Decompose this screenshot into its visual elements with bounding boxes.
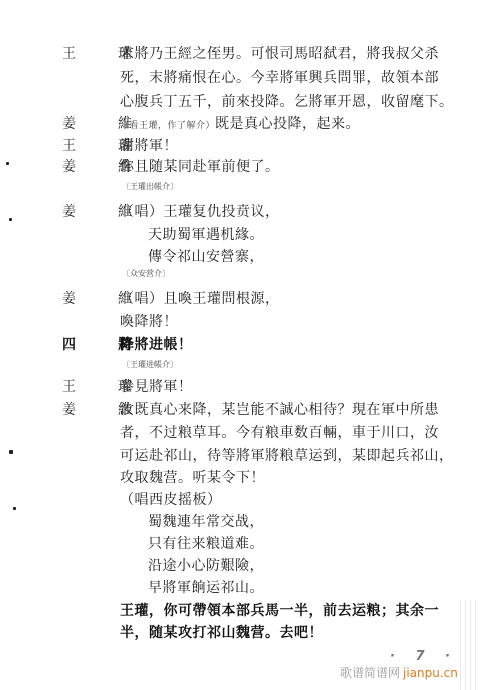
stage-direction: 〔众安营介〕: [0, 268, 480, 290]
dialogue-continuation: 死，末將痛恨在心。今幸將軍興兵問罪，故領本部: [0, 69, 480, 91]
dialogue-text: 可运赴祁山，待等將軍將粮草运到，某即起兵祁山，: [120, 447, 454, 465]
verse-line: 蜀魏連年常交战，: [0, 513, 480, 535]
stage-direction: 〔王瓘出帳介〕: [0, 181, 480, 203]
dialogue-text-with-stage: （看王瓘，作了解介）既是真心投降，起来。: [120, 115, 360, 135]
dialogue-continuation: 攻取魏营。听某令下！: [0, 469, 480, 491]
dialogue-line: 王 瓘 参見將軍！: [0, 378, 480, 400]
dialogue-text: 参見將軍！: [120, 378, 193, 396]
scan-speck: [9, 218, 12, 221]
stage-direction-text: 〔王瓘出帳介〕: [122, 181, 178, 193]
speaker-name: 姜 維: [62, 115, 114, 133]
scan-speck: [13, 507, 16, 510]
dialogue-continuation: 心腹兵丁五千，前來投降。乞將軍开恩，收留麾下。: [0, 93, 480, 115]
dialogue-continuation: 半，随某攻打祁山魏营。去吧！: [0, 624, 480, 646]
verse-text: 早將軍餉运祁山。: [148, 579, 264, 597]
verse-text: 傳令祁山安營寨，: [148, 248, 264, 266]
script-page: 王 瓘 末將乃王經之侄男。可恨司馬昭弑君，將我叔父杀 死，末將痛恨在心。今幸將軍…: [0, 0, 480, 690]
dialogue-text: 末將乃王經之侄男。可恨司馬昭弑君，將我叔父杀: [120, 45, 439, 63]
dialogue-text: 半，随某攻打祁山魏营。去吧！: [120, 624, 323, 642]
verse-line: 只有往来粮道难。: [0, 535, 480, 557]
verse-text: 只有往来粮道难。: [148, 535, 264, 553]
song-text: （唱）王瓘复仇投贲议，: [120, 203, 280, 221]
scan-noise-edge: [458, 600, 480, 690]
dialogue-text: 汝既真心来降，某岂能不誠心相待？現在軍中所患: [120, 401, 439, 419]
speaker-name: 王 瓘: [62, 378, 114, 396]
dialogue-text: 者，不过粮草耳。今有粮車数百輛，車于川口，汝: [120, 424, 439, 442]
dialogue-continuation: 可运赴祁山，待等將軍將粮草运到，某即起兵祁山，: [0, 447, 480, 469]
dialogue-line: 王 瓘 謝將軍！: [0, 137, 480, 159]
stage-direction-text: 〔王瓘进帳介〕: [122, 359, 178, 371]
verse-line: 天助蜀軍遇机緣。: [0, 226, 480, 248]
verse-line: 沿途小心防艱險，: [0, 557, 480, 579]
song-text: （唱）且喚王瓘問根源，: [120, 290, 280, 308]
watermark-en: jianpu.cn: [403, 666, 458, 680]
speaker-name: 姜 維: [62, 290, 114, 308]
scan-speck: [6, 162, 9, 165]
stage-direction-text: 〔众安营介〕: [122, 268, 170, 280]
dialogue-text: 既是真心投降，起来。: [215, 116, 360, 132]
page-number: · 7 ·: [390, 649, 458, 664]
dialogue-text: 謝將軍！: [120, 137, 178, 155]
dialogue-text: 攻取魏营。听某令下！: [120, 469, 265, 487]
dialogue-line: 姜 維 （看王瓘，作了解介）既是真心投降，起来。: [0, 115, 480, 137]
dialogue-line: 王 瓘 末將乃王經之侄男。可恨司馬昭弑君，將我叔父杀: [0, 45, 480, 67]
dialogue-continuation: 王瓘，你可帶領本部兵馬一半，前去运粮；其余一: [0, 602, 480, 624]
speaker-name: 王 瓘: [62, 137, 114, 155]
dialogue-text: 心腹兵丁五千，前來投降。乞將軍开恩，收留麾下。: [120, 93, 454, 111]
speaker-name: 姜 維: [62, 401, 114, 419]
scan-speck: [9, 450, 13, 454]
verse-line: 傳令祁山安營寨，: [0, 248, 480, 270]
dialogue-line: 姜 維 你且随某同赴軍前便了。: [0, 158, 480, 180]
speaker-name: 姜 維: [62, 158, 114, 176]
dialogue-text: 死，末將痛恨在心。今幸將軍興兵問罪，故領本部: [120, 69, 439, 87]
watermark: 歌谱简谱网jianpu.cn: [340, 664, 458, 681]
dialogue-line: 姜 維 （唱）且喚王瓘問根源，: [0, 290, 480, 312]
verse-text: 沿途小心防艱險，: [148, 557, 264, 575]
dialogue-line: 姜 維 汝既真心来降，某岂能不誠心相待？現在軍中所患: [0, 401, 480, 423]
dialogue-line: 姜 維 （唱）王瓘复仇投贲议，: [0, 203, 480, 225]
dialogue-text: 你且随某同赴軍前便了。: [120, 158, 280, 176]
dialogue-text: 王瓘，你可帶領本部兵馬一半，前去运粮；其余一: [120, 602, 439, 620]
speaker-name: 四 將: [62, 336, 114, 354]
dialogue-continuation: 者，不过粮草耳。今有粮車数百輛，車于川口，汝: [0, 424, 480, 446]
verse-line: 早將軍餉运祁山。: [0, 579, 480, 601]
speaker-name: 王 瓘: [62, 45, 114, 63]
song-mode-text: （唱西皮摇板）: [120, 491, 222, 509]
dialogue-continuation: 喚降將！: [0, 313, 480, 335]
dialogue-text: 降將进帳！: [120, 336, 193, 354]
song-mode-line: （唱西皮摇板）: [0, 491, 480, 513]
speaker-name: 姜 維: [62, 203, 114, 221]
dialogue-text: 喚降將！: [120, 313, 178, 331]
dialogue-line: 四 將 降將进帳！: [0, 336, 480, 358]
inline-stage-direction: （看王瓘，作了解介）: [120, 121, 215, 131]
verse-text: 天助蜀軍遇机緣。: [148, 226, 264, 244]
verse-text: 蜀魏連年常交战，: [148, 513, 264, 531]
watermark-cn: 歌谱简谱网: [340, 666, 400, 680]
